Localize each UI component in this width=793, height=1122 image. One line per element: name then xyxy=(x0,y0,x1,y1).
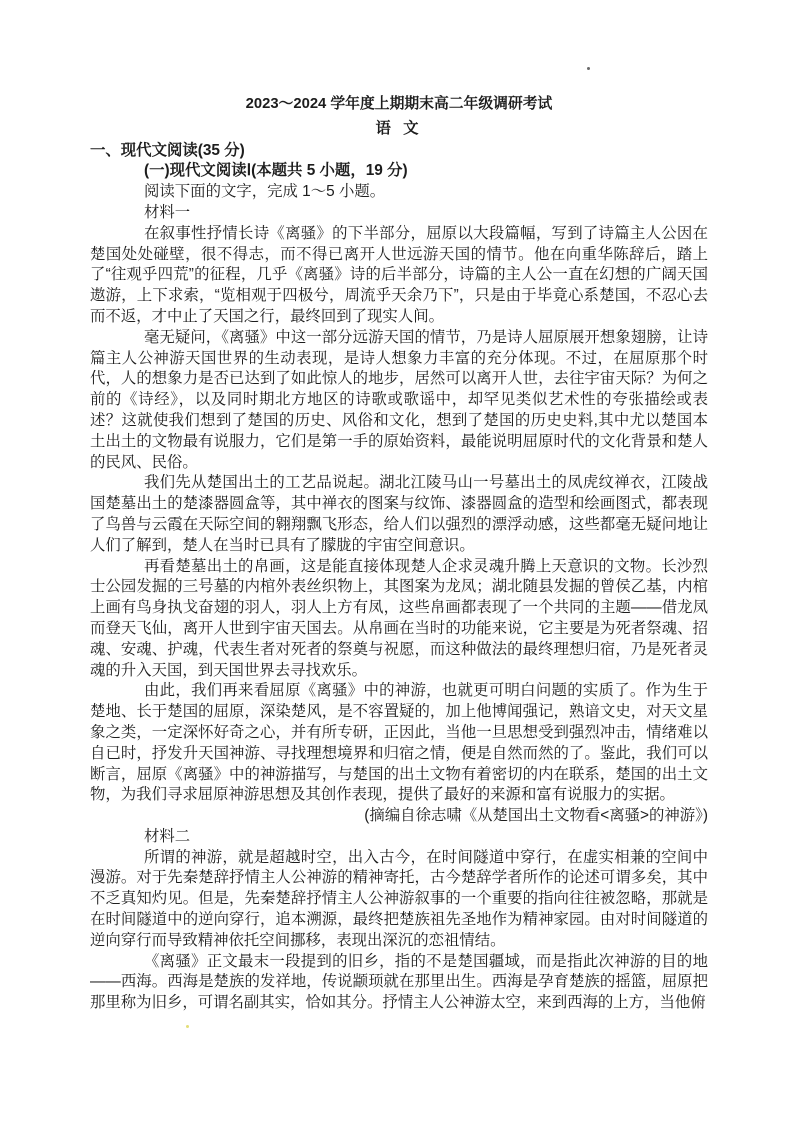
subsection-heading-reading-1: (一)现代文阅读Ⅰ(本题共 5 小题，19 分) xyxy=(90,161,708,182)
exam-subject: 语 文 xyxy=(90,119,708,140)
exam-title: 2023～2024 学年度上期期末高二年级调研考试 xyxy=(90,94,708,115)
material1-label: 材料一 xyxy=(90,203,708,224)
material1-source-attribution: (摘编自徐志啸《从楚国出土文物看<离骚>的神游》) xyxy=(90,806,708,827)
page-content: 2023～2024 学年度上期期末高二年级调研考试 语 文 一、现代文阅读(35… xyxy=(90,94,708,1014)
material1-paragraph-2: 毫无疑问，《离骚》中这一部分远游天国的情节，乃是诗人屈原展开想象翅膀，让诗篇主人… xyxy=(90,328,708,474)
material1-paragraph-5: 由此，我们再来看屈原《离骚》中的神游，也就更可明白问题的实质了。作为生于楚地、长… xyxy=(90,681,708,806)
material2-paragraph-2: 《离骚》正文最末一段提到的旧乡，指的不是楚国疆域，而是指此次神游的目的地——西海… xyxy=(90,952,708,1014)
material1-paragraph-4: 再看楚墓出土的帛画，这是能直接体现楚人企求灵魂升腾上天意识的文物。长沙烈士公园发… xyxy=(90,557,708,682)
section-heading-modern-reading: 一、现代文阅读(35 分) xyxy=(90,141,708,162)
material2-paragraph-1: 所谓的神游，就是超越时空，出入古今，在时间隧道中穿行，在虚实相兼的空间中漫游。对… xyxy=(90,848,708,952)
material2-label: 材料二 xyxy=(90,827,708,848)
reading-instruction: 阅读下面的文字，完成 1～5 小题。 xyxy=(90,182,708,203)
scan-speck-dark xyxy=(587,67,590,70)
material1-paragraph-1: 在叙事性抒情长诗《离骚》的下半部分，屈原以大段篇幅，写到了诗篇主人公因在楚国处处… xyxy=(90,224,708,328)
material1-paragraph-3: 我们先从楚国出土的工艺品说起。湖北江陵马山一号墓出土的凤虎纹禅衣，江陵战国楚墓出… xyxy=(90,473,708,556)
scan-speck-yellow xyxy=(186,1025,189,1028)
exam-paper-page: 2023～2024 学年度上期期末高二年级调研考试 语 文 一、现代文阅读(35… xyxy=(0,0,793,1122)
